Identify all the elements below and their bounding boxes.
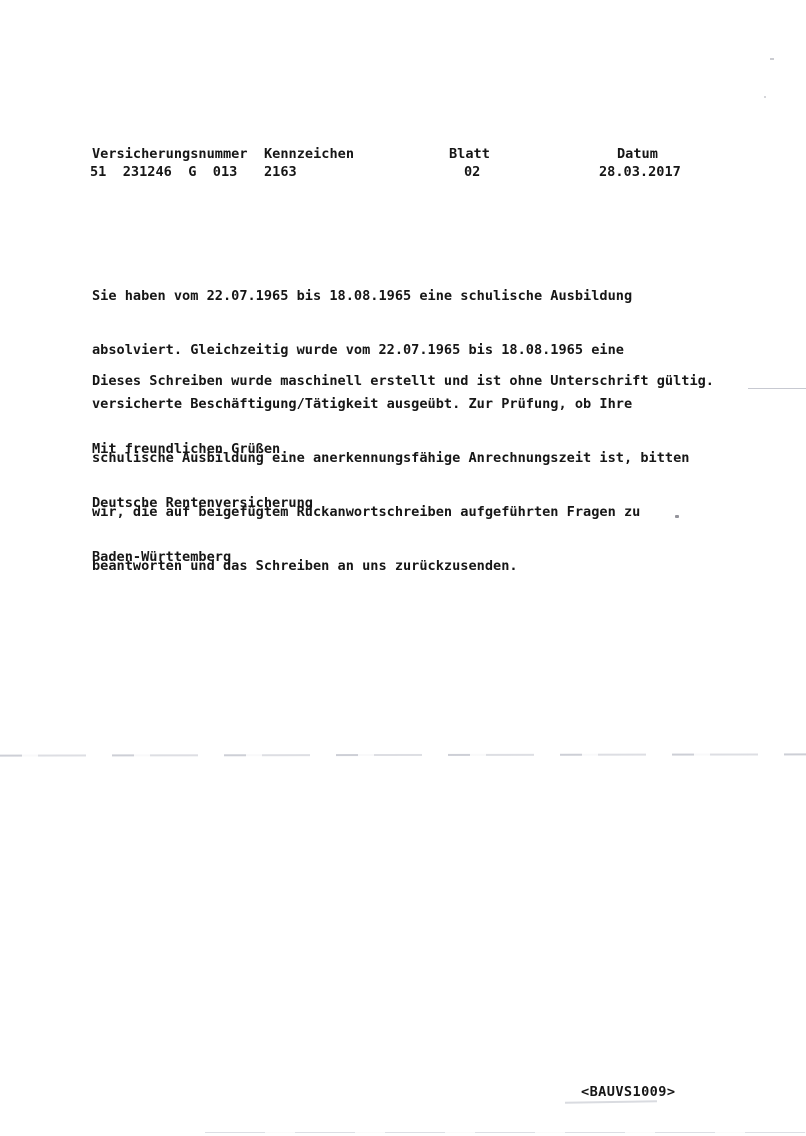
- document-page: Versicherungsnummer 51 231246 G 013 Kenn…: [0, 0, 806, 1136]
- datum-value: 28.03.2017: [599, 163, 681, 181]
- kennzeichen-value: 2163: [264, 163, 297, 181]
- scan-artifact-speck: [764, 96, 766, 98]
- datum-label: Datum: [617, 145, 658, 163]
- scan-artifact-bottom-line: [205, 1132, 806, 1133]
- versicherungsnummer-label: Versicherungsnummer: [92, 145, 248, 163]
- closing-block: Mit freundlichen Grüßen Deutsche Rentenv…: [92, 404, 313, 602]
- body-paragraph-1-line-2: absolviert. Gleichzeitig wurde vom 22.07…: [92, 341, 689, 359]
- closing-sender-region: Baden-Württemberg: [92, 548, 313, 566]
- blatt-label: Blatt: [449, 145, 490, 163]
- scan-artifact-middle-line: [0, 753, 806, 756]
- versicherungsnummer-value: 51 231246 G 013: [90, 163, 237, 181]
- scan-artifact-speck: [770, 58, 774, 60]
- form-code: <BAUVS1009>: [581, 1083, 675, 1101]
- scan-artifact-right-line: [748, 388, 806, 389]
- kennzeichen-label: Kennzeichen: [264, 145, 354, 163]
- closing-greeting: Mit freundlichen Grüßen: [92, 440, 313, 458]
- blatt-value: 02: [464, 163, 480, 181]
- body-paragraph-1-line-1: Sie haben vom 22.07.1965 bis 18.08.1965 …: [92, 287, 689, 305]
- body-paragraph-2: Dieses Schreiben wurde maschinell erstel…: [92, 372, 714, 390]
- closing-sender-name: Deutsche Rentenversicherung: [92, 494, 313, 512]
